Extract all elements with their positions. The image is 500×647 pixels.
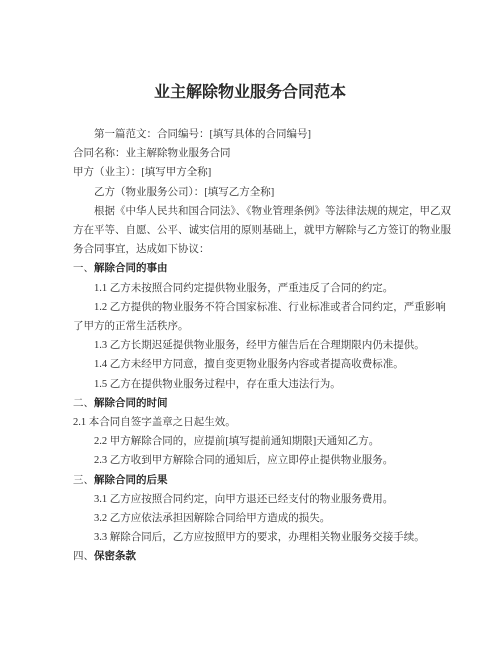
section-title: 保密条款 bbox=[94, 551, 136, 562]
section-number: 四、 bbox=[73, 551, 94, 562]
clause-1-3: 1.3 乙方长期迟延提供物业服务，经甲方催告后在合理期限内仍未提供。 bbox=[73, 336, 453, 355]
section-heading-2: 二、解除合同的时间 bbox=[73, 394, 453, 413]
clause-3-1: 3.1 乙方应按照合同约定，向甲方退还已经支付的物业服务费用。 bbox=[73, 490, 453, 509]
clause-1-5: 1.5 乙方在提供物业服务过程中，存在重大违法行为。 bbox=[73, 375, 453, 394]
section-number: 二、 bbox=[73, 398, 94, 409]
clause-3-2: 3.2 乙方应依法承担因解除合同给甲方造成的损失。 bbox=[73, 509, 453, 528]
section-title: 解除合同的时间 bbox=[94, 398, 168, 409]
paragraph-contract-name: 合同名称：业主解除物业服务合同 bbox=[73, 144, 453, 163]
paragraph-contract-number: 第一篇范文：合同编号：[填写具体的合同编号] bbox=[73, 125, 453, 144]
paragraph-party-a: 甲方（业主）：[填写甲方全称] bbox=[73, 163, 453, 182]
clause-2-2: 2.2 甲方解除合同的，应提前[填写提前通知期限]天通知乙方。 bbox=[73, 432, 453, 451]
section-number: 一、 bbox=[73, 263, 94, 274]
document-body: 第一篇范文：合同编号：[填写具体的合同编号] 合同名称：业主解除物业服务合同 甲… bbox=[73, 125, 453, 567]
section-heading-3: 三、解除合同的后果 bbox=[73, 471, 453, 490]
clause-2-1: 2.1 本合同自签字盖章之日起生效。 bbox=[73, 413, 453, 432]
clause-1-1: 1.1 乙方未按照合同约定提供物业服务，严重违反了合同的约定。 bbox=[73, 279, 453, 298]
document-page: 业主解除物业服务合同范本 第一篇范文：合同编号：[填写具体的合同编号] 合同名称… bbox=[0, 0, 500, 647]
document-title: 业主解除物业服务合同范本 bbox=[0, 84, 500, 101]
section-title: 解除合同的事由 bbox=[94, 263, 168, 274]
section-number: 三、 bbox=[73, 475, 94, 486]
clause-3-3: 3.3 解除合同后，乙方应按照甲方的要求，办理相关物业服务交接手续。 bbox=[73, 528, 453, 547]
section-heading-4: 四、保密条款 bbox=[73, 547, 453, 566]
section-heading-1: 一、解除合同的事由 bbox=[73, 259, 453, 278]
clause-1-4: 1.4 乙方未经甲方同意，擅自变更物业服务内容或者提高收费标准。 bbox=[73, 355, 453, 374]
clause-1-2: 1.2 乙方提供的物业服务不符合国家标准、行业标准或者合同约定，严重影响了甲方的… bbox=[73, 298, 453, 336]
section-title: 解除合同的后果 bbox=[94, 475, 168, 486]
clause-2-3: 2.3 乙方收到甲方解除合同的通知后，应立即停止提供物业服务。 bbox=[73, 451, 453, 470]
paragraph-preamble: 根据《中华人民共和国合同法》、《物业管理条例》等法律法规的规定，甲乙双方在平等、… bbox=[73, 202, 453, 260]
paragraph-party-b: 乙方（物业服务公司）：[填写乙方全称] bbox=[73, 183, 453, 202]
